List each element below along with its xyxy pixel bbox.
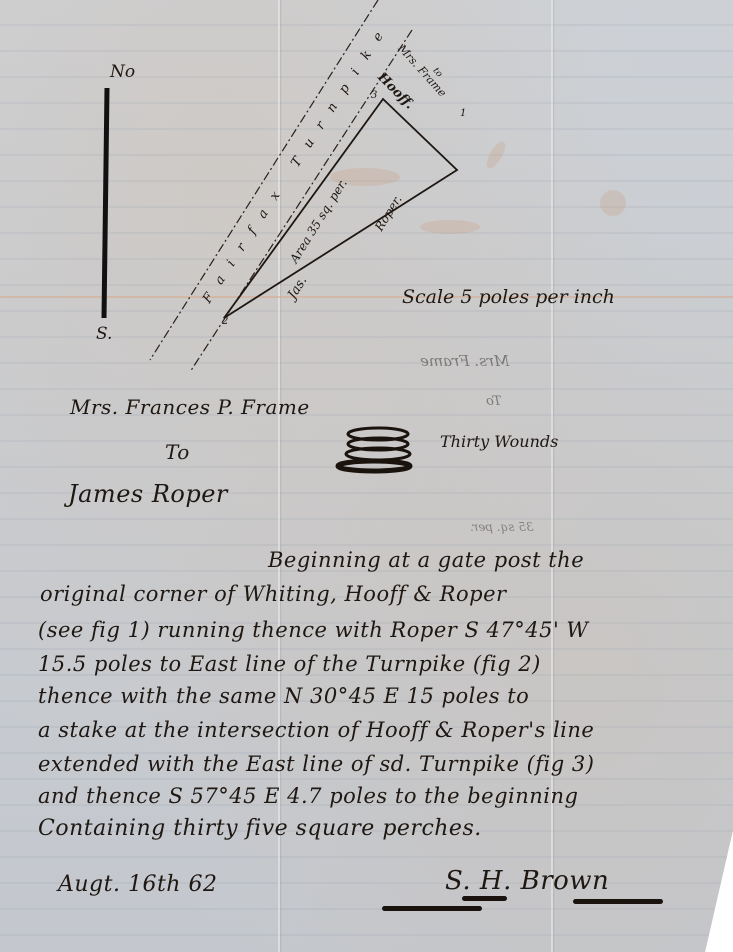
body-line: extended with the East line of sd. Turnp…: [38, 752, 594, 776]
body-line: original corner of Whiting, Hooff & Rope…: [40, 582, 507, 606]
body-line: thence with the same N 30°45 E 15 poles …: [38, 684, 529, 708]
date: Augt. 16th 62: [58, 872, 217, 897]
pen-flourish: [0, 0, 733, 952]
grantor-name: Mrs. Frances P. Frame: [70, 395, 310, 419]
signature: S. H. Brown: [445, 866, 609, 896]
signature-flourish: [382, 906, 482, 911]
body-line: a stake at the intersection of Hooff & R…: [38, 718, 594, 742]
body-line: 15.5 poles to East line of the Turnpike …: [38, 652, 541, 676]
signature-flourish: [462, 896, 507, 901]
body-line: (see fig 1) running thence with Roper S …: [38, 618, 589, 642]
body-line: Beginning at a gate post the: [268, 548, 584, 572]
signature-flourish: [573, 899, 663, 904]
body-line: Containing thirty five square perches.: [38, 816, 482, 841]
body-line: and thence S 57°45 E 4.7 poles to the be…: [38, 784, 578, 808]
to-word: To: [165, 440, 190, 464]
grantee-name: James Roper: [68, 480, 228, 508]
